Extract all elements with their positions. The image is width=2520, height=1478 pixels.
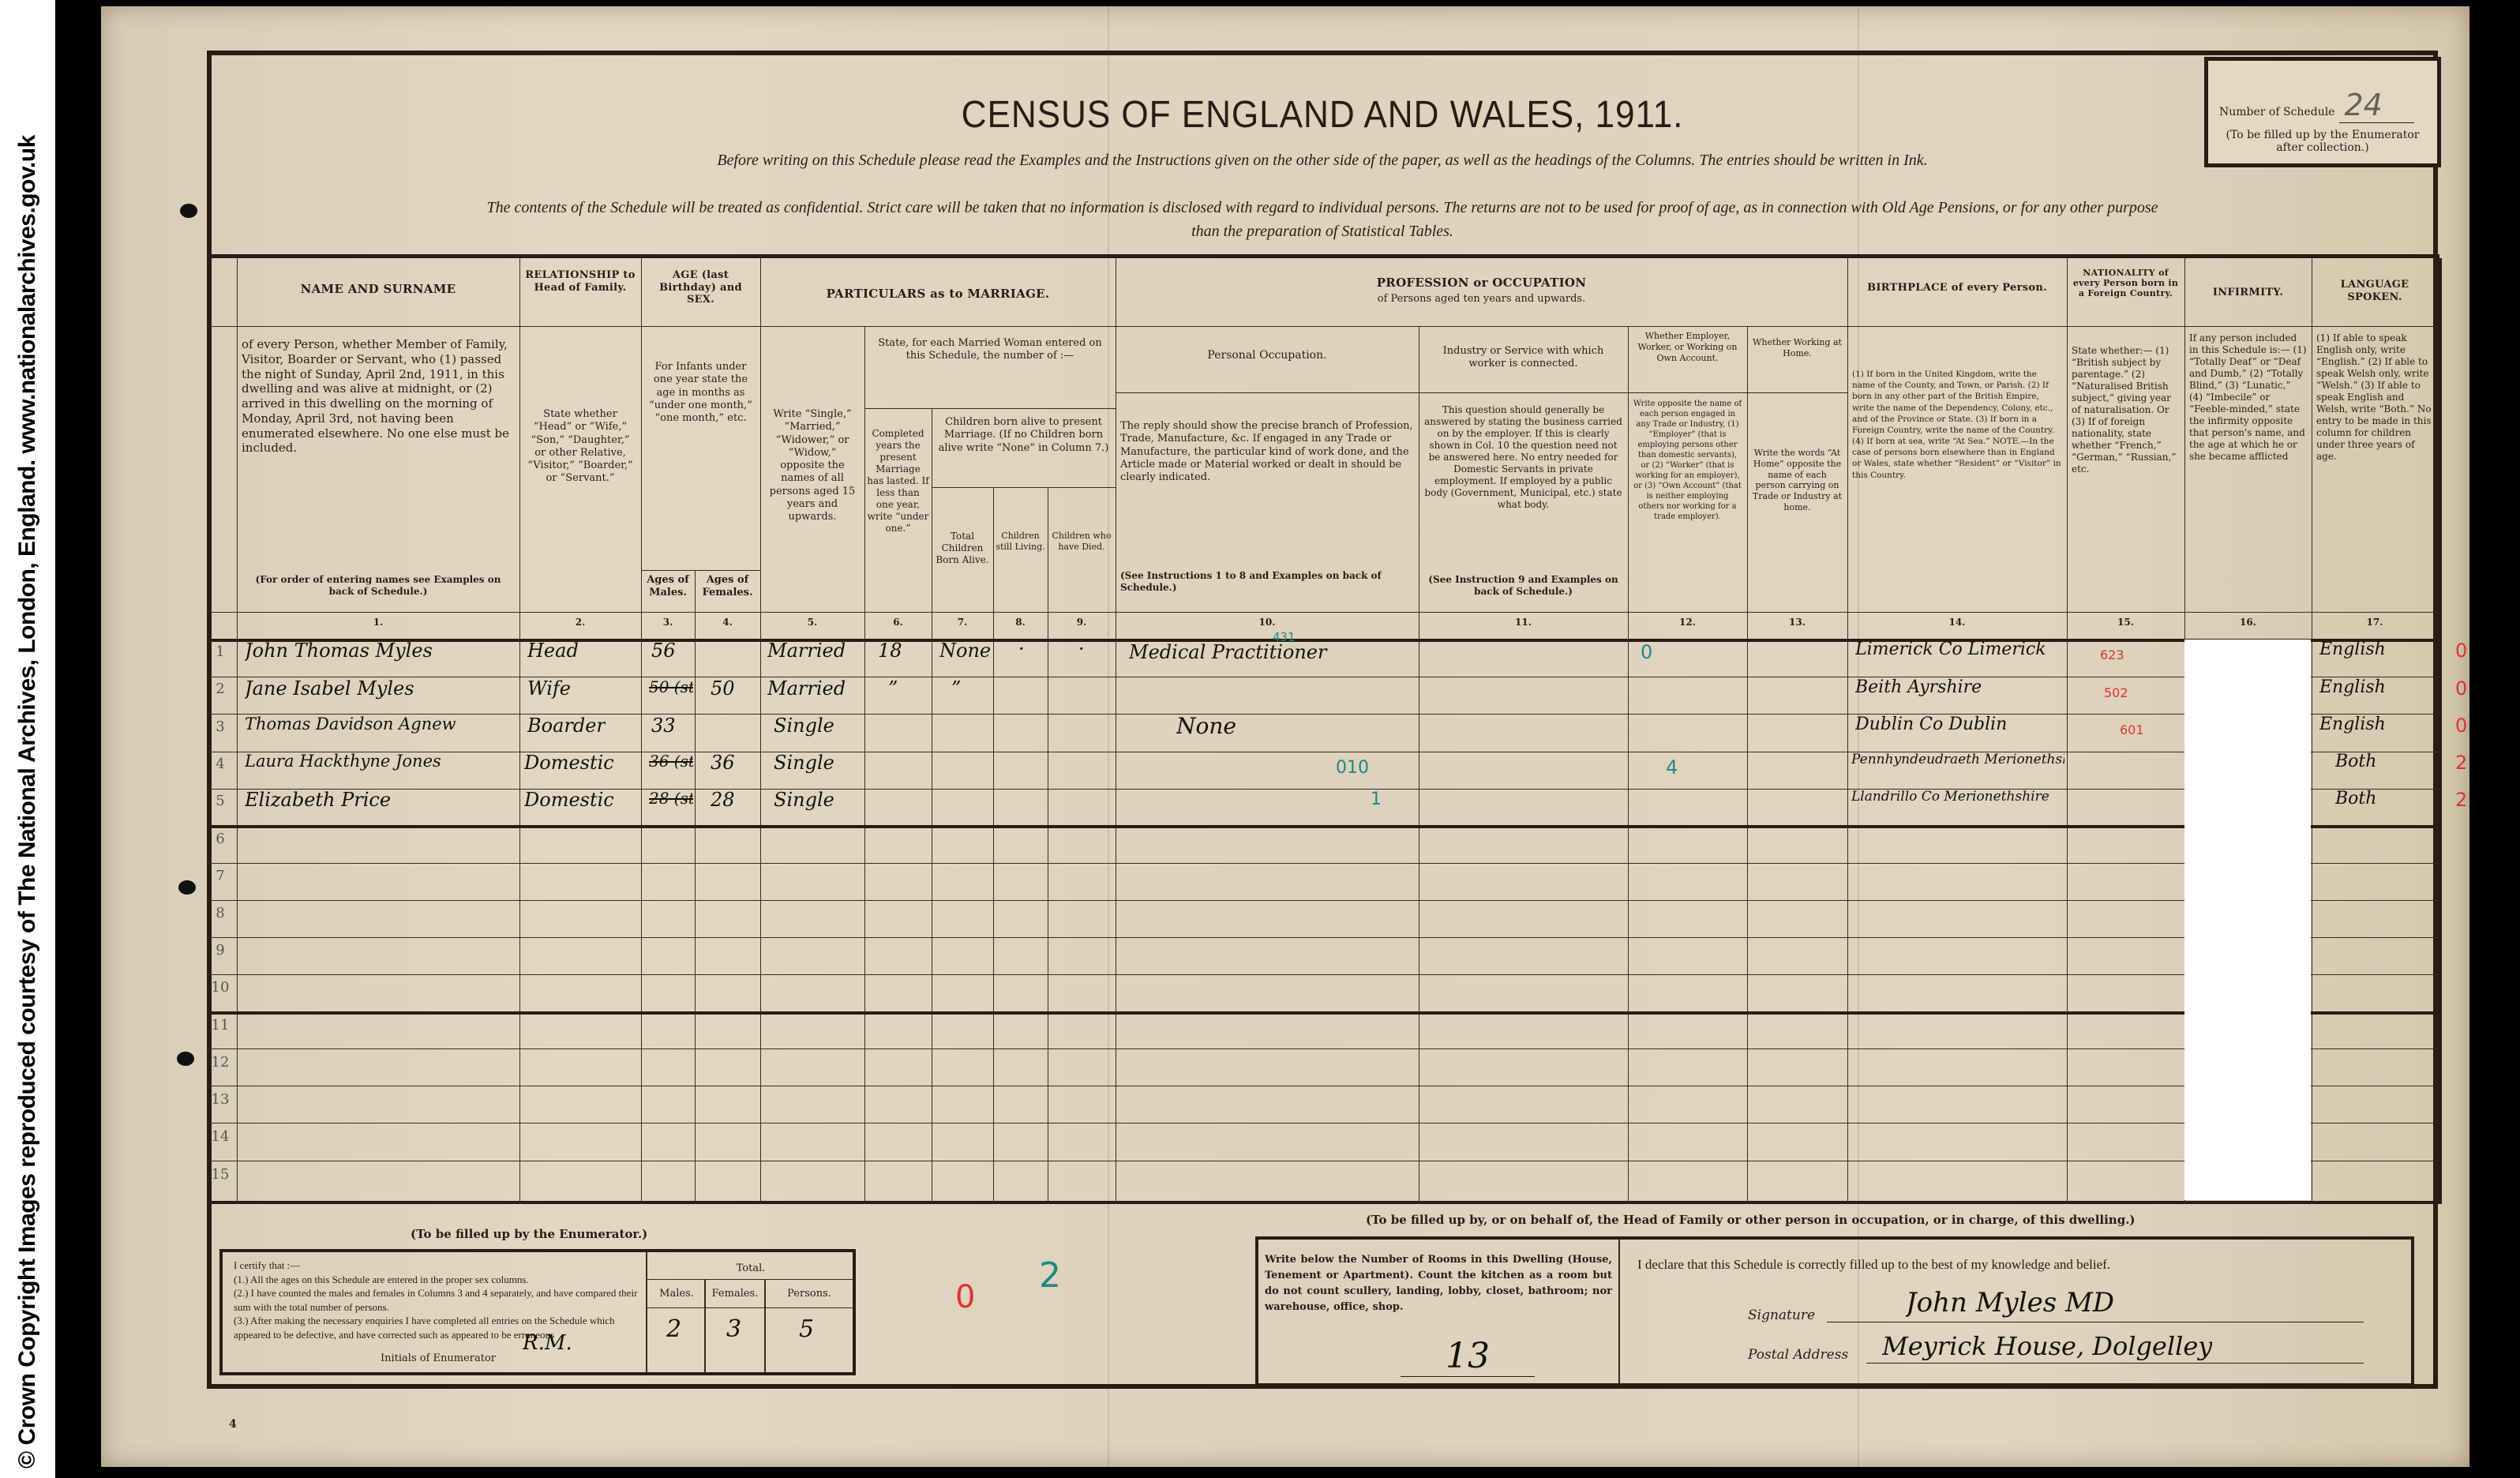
header-birthplace-desc: (1) If born in the United Kingdom, write… <box>1847 369 2067 481</box>
row-line <box>207 937 2439 938</box>
header-children-total: Total Children Born Alive. <box>932 531 993 566</box>
certify-item-3: (3.) After making the necessary enquirie… <box>234 1314 644 1341</box>
schedule-number: 24 <box>2339 88 2413 123</box>
row-line <box>207 1161 2439 1161</box>
column-number: 15. <box>2067 617 2184 628</box>
initials-label: Initials of Enumerator <box>381 1352 496 1366</box>
header-divider <box>207 326 2439 327</box>
row-line <box>207 900 2439 901</box>
cell-name: Jane Isabel Myles <box>245 677 513 700</box>
cell-name: Laura Hackthyne Jones <box>245 752 517 771</box>
cell-language-code: 0 <box>2455 640 2467 662</box>
schedule-number-box: Number of Schedule24 (To be filled up by… <box>2204 57 2441 167</box>
header-personal-note: (See Instructions 1 to 8 and Examples on… <box>1116 570 1419 594</box>
totals-divider <box>646 1252 647 1372</box>
signature-label: Signature <box>1748 1307 1815 1323</box>
females-label: Females. <box>706 1287 764 1301</box>
header-nationality-desc: State whether:— (1) “British subject by … <box>2067 345 2184 475</box>
cell-language: English <box>2319 715 2386 734</box>
cell-occupation: None <box>1176 713 1236 739</box>
header-relationship-desc: State whether “Head” or “Wife,” “Son,” “… <box>519 408 641 486</box>
cell-language-code: 2 <box>2455 752 2467 774</box>
header-name: NAME AND SURNAME <box>237 282 519 296</box>
row-line <box>207 974 2439 975</box>
persons-label: Persons. <box>766 1287 853 1301</box>
cell-relationship: Domestic <box>524 789 614 811</box>
cell-age-male: 33 <box>651 715 676 737</box>
header-marriage-years: Completed years the present Marriage has… <box>864 428 932 535</box>
header-name-desc: of every Person, whether Member of Famil… <box>237 337 519 456</box>
occupier-box: Write below the Number of Rooms in this … <box>1255 1236 2414 1386</box>
total-males: 2 <box>666 1315 681 1343</box>
cell-birthplace: Limerick Co Limerick <box>1855 640 2064 659</box>
column-number: 10. <box>1116 617 1419 628</box>
header-married-woman: State, for each Married Woman entered on… <box>864 337 1116 363</box>
row-number: 9 <box>207 942 234 958</box>
cell-employer-code: 4 <box>1666 756 1678 778</box>
cell-marriage-years: 18 <box>878 640 902 662</box>
schedule-note: (To be filled up by the Enumerator after… <box>2208 129 2437 154</box>
header-home-desc: Write the words “At Home” opposite the n… <box>1747 448 1847 513</box>
column-number: 16. <box>2184 617 2312 628</box>
infirmity-redaction <box>2184 640 2311 1200</box>
row-line <box>207 1048 2439 1049</box>
confidential-line-2: than the preparation of Statistical Tabl… <box>212 223 2433 241</box>
cell-status: Married <box>767 677 846 700</box>
cell-children-total: None <box>939 640 991 662</box>
postal-address: Meyrick House, Dolgelley <box>1882 1331 2212 1361</box>
cell-children-living: · <box>1018 638 1025 660</box>
certify-item-1: (1.) All the ages on this Schedule are e… <box>234 1273 644 1287</box>
rooms-count: 13 <box>1401 1336 1535 1377</box>
cell-age-female: 28 <box>711 789 735 811</box>
cell-age-female: 36 <box>711 752 735 774</box>
row-line <box>207 863 2439 864</box>
header-marriage: PARTICULARS as to MARRIAGE. <box>760 287 1116 301</box>
form-title: CENSUS OF ENGLAND AND WALES, 1911. <box>301 93 2345 137</box>
cell-age-male: 56 <box>651 640 676 662</box>
total-label: Total. <box>649 1262 853 1276</box>
cell-occupation: Medical Practitioner <box>1129 641 1397 663</box>
header-children-living: Children still Living. <box>993 531 1048 553</box>
copyright-strip: © Crown Copyright Images reproduced cour… <box>0 0 55 1478</box>
column-number: 5. <box>760 617 864 628</box>
row-number: 7 <box>207 868 234 884</box>
page-number: 4 <box>229 1418 237 1431</box>
row-number: 6 <box>207 831 234 847</box>
header-age: AGE (last Birthday) and SEX. <box>641 269 760 306</box>
header-employer-desc: Write opposite the name of each person e… <box>1628 399 1747 522</box>
schedule-number-label: Number of Schedule <box>2219 106 2334 118</box>
children-subhead-line <box>932 487 1116 488</box>
cell-status: Single <box>774 715 834 737</box>
header-occupation: PROFESSION or OCCUPATION <box>1116 276 1847 290</box>
table-bottom-line <box>207 1201 2439 1204</box>
red-mark: 0 <box>955 1279 975 1315</box>
enumerator-box: I certify that :— (1.) All the ages on t… <box>219 1249 856 1375</box>
row-number: 4 <box>207 756 234 772</box>
occ-subhead-line <box>1116 392 1847 393</box>
row-number: 3 <box>207 718 234 735</box>
column-number: 14. <box>1847 617 2067 628</box>
cell-employer-code: 0 <box>1641 641 1652 663</box>
cell-relationship: Wife <box>527 677 571 700</box>
cell-age-male-struck: 28 (struck) <box>649 789 693 808</box>
row-line <box>207 825 2439 828</box>
cell-name: Thomas Davidson Agnew <box>245 715 517 733</box>
cell-language: English <box>2319 640 2386 659</box>
totals-line <box>647 1307 854 1308</box>
column-number: 6. <box>864 617 932 628</box>
column-number: 4. <box>695 617 760 628</box>
cell-status: Married <box>767 640 846 662</box>
cell-relationship: Boarder <box>527 715 606 737</box>
cell-children-total: ” <box>951 677 961 700</box>
cell-nationality-code: 502 <box>2104 685 2128 700</box>
header-nationality: NATIONALITY of every Person born in a Fo… <box>2067 268 2184 299</box>
address-line <box>1866 1363 2364 1364</box>
row-number: 12 <box>207 1054 234 1071</box>
cell-occupation-code: 1 <box>1371 790 1382 809</box>
header-employer: Whether Employer, Worker, or Working on … <box>1628 331 1747 363</box>
confidential-line: The contents of the Schedule will be tre… <box>212 199 2433 217</box>
cell-children-died: · <box>1078 638 1085 660</box>
header-personal-occupation: Personal Occupation. <box>1116 349 1419 363</box>
cell-marriage-years: ” <box>888 677 898 700</box>
header-children: Children born alive to present Marriage.… <box>932 416 1116 455</box>
header-birthplace: BIRTHPLACE of every Person. <box>1847 282 2067 294</box>
col-divider <box>760 258 761 1204</box>
colnum-top-line <box>207 612 2439 613</box>
marriage-subhead-line <box>864 408 1116 409</box>
row-number: 13 <box>207 1091 234 1108</box>
enumerator-heading: (To be filled up by the Enumerator.) <box>411 1227 647 1241</box>
column-number: 13. <box>1747 617 1847 628</box>
cell-nationality-code: 623 <box>2100 647 2124 662</box>
header-home: Whether Working at Home. <box>1747 337 1847 359</box>
cell-name: Elizabeth Price <box>245 789 513 811</box>
col-divider <box>1048 487 1048 1204</box>
enumerator-certify: I certify that :— (1.) All the ages on t… <box>234 1259 644 1341</box>
copyright-text: © Crown Copyright Images reproduced cour… <box>14 135 41 1469</box>
address-label: Postal Address <box>1748 1347 1848 1363</box>
column-number: 11. <box>1419 617 1628 628</box>
header-infirmity-desc: If any person included in this Schedule … <box>2184 332 2312 463</box>
header-infirmity: INFIRMITY. <box>2184 287 2312 299</box>
row-number: 2 <box>207 681 234 697</box>
cell-language: English <box>2319 677 2386 697</box>
column-number: 8. <box>993 617 1048 628</box>
cell-birthplace: Dublin Co Dublin <box>1855 715 2064 734</box>
punch-hole <box>180 204 197 218</box>
header-name-note: (For order of entering names see Example… <box>237 574 519 598</box>
instruction-line: Before writing on this Schedule please r… <box>212 152 2433 170</box>
certify-item-2: (2.) I have counted the males and female… <box>234 1286 644 1314</box>
cell-language: Both <box>2335 752 2376 771</box>
row-line <box>207 1123 2439 1124</box>
row-number: 14 <box>207 1128 234 1145</box>
col-divider <box>519 258 520 1204</box>
total-persons: 5 <box>799 1315 814 1343</box>
cell-birthplace: Beith Ayrshire <box>1855 677 2064 697</box>
column-number: 12. <box>1628 617 1747 628</box>
cell-relationship: Head <box>527 640 579 662</box>
row-number: 8 <box>207 905 234 921</box>
header-marriage-status: Write “Single,” “Married,” “Widower,” or… <box>760 408 864 523</box>
cell-relationship: Domestic <box>524 752 614 774</box>
cell-birthplace: Llandrillo Co Merionethshire <box>1851 789 2064 805</box>
cell-occupation-code: 010 <box>1336 758 1369 778</box>
declaration: I declare that this Schedule is correctl… <box>1637 1257 2110 1273</box>
cell-language: Both <box>2335 789 2376 808</box>
punch-hole <box>178 880 196 895</box>
signature: John Myles MD <box>1906 1287 2114 1319</box>
header-children-died: Children who have Died. <box>1048 531 1116 553</box>
col-divider <box>932 408 932 1204</box>
row-number: 11 <box>207 1017 234 1033</box>
header-age-females: Ages of Females. <box>695 574 760 600</box>
cell-language-code: 2 <box>2455 789 2467 811</box>
cell-birthplace: Pennhyndeudraeth Merionethshire <box>1851 752 2064 767</box>
col-divider <box>993 487 994 1204</box>
header-personal-desc: The reply should show the precise branch… <box>1116 420 1419 484</box>
teal-mark: 2 <box>1039 1255 1061 1296</box>
cell-language-code: 0 <box>2455 677 2467 700</box>
totals-line <box>647 1279 854 1280</box>
header-industry-desc: This question should generally be answer… <box>1419 404 1628 511</box>
occupier-divider <box>1618 1240 1620 1383</box>
column-number: 7. <box>932 617 993 628</box>
cell-language-code: 0 <box>2455 715 2467 737</box>
row-number: 5 <box>207 793 234 809</box>
cell-occupation-code: 431 <box>1273 630 1296 644</box>
header-age-males: Ages of Males. <box>641 574 695 600</box>
cell-age-male-struck: 36 (struck) <box>649 752 693 771</box>
cell-name: John Thomas Myles <box>245 640 513 662</box>
header-language: LANGUAGE SPOKEN. <box>2312 279 2438 303</box>
punch-hole <box>177 1052 194 1066</box>
col-divider <box>1116 258 1116 1204</box>
header-industry: Industry or Service with which worker is… <box>1419 345 1628 371</box>
signature-line <box>1827 1322 2364 1322</box>
header-age-desc: For Infants under one year state the age… <box>641 361 760 425</box>
row-line <box>207 1011 2439 1015</box>
cell-nationality-code: 601 <box>2120 722 2144 737</box>
table-right-border <box>2438 258 2442 1204</box>
cell-status: Single <box>774 789 834 811</box>
occupier-heading: (To be filled up by, or on behalf of, th… <box>1366 1213 2136 1227</box>
row-number: 1 <box>207 643 234 660</box>
cell-status: Single <box>774 752 834 774</box>
header-industry-note: (See Instruction 9 and Examples on back … <box>1419 574 1628 598</box>
enumerator-initials: R.M. <box>523 1331 572 1355</box>
cell-age-male-struck: 50 (struck) <box>649 677 693 696</box>
column-number: 17. <box>2312 617 2438 628</box>
header-language-desc: (1) If able to speak English only, write… <box>2312 332 2438 463</box>
certify-label: I certify that :— <box>234 1259 644 1273</box>
row-line <box>207 1086 2439 1086</box>
cell-age-female: 50 <box>711 677 735 700</box>
males-label: Males. <box>649 1287 704 1301</box>
column-number: 9. <box>1048 617 1116 628</box>
total-females: 3 <box>726 1315 741 1343</box>
header-occupation-sub: of Persons aged ten years and upwards. <box>1116 293 1847 306</box>
header-relationship: RELATIONSHIP to Head of Family. <box>519 269 641 294</box>
column-number: 2. <box>519 617 641 628</box>
column-number: 1. <box>237 617 519 628</box>
row-number: 10 <box>207 979 234 996</box>
age-subhead-line <box>641 570 760 571</box>
row-number: 15 <box>207 1166 234 1183</box>
rooms-instruction: Write below the Number of Rooms in this … <box>1265 1252 1612 1316</box>
column-number: 3. <box>641 617 695 628</box>
col-divider <box>695 570 696 1204</box>
